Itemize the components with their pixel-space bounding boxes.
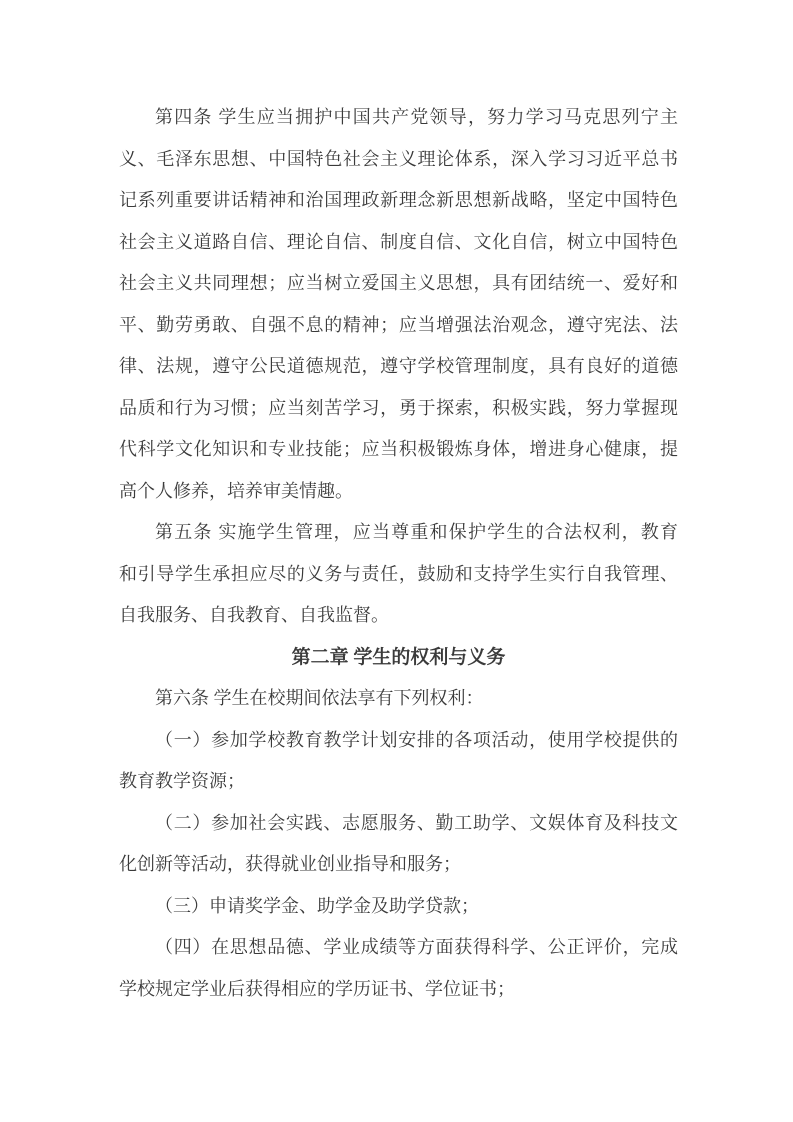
text-line: 品质和行为习惯；应当刻苦学习，勇于探索，积极实践，努力掌握现 [119,388,678,430]
text-line: 第五条 实施学生管理，应当尊重和保护学生的合法权利，教育 [119,512,678,554]
paragraph: 第四条 学生应当拥护中国共产党领导，努力学习马克思列宁主义、毛泽东思想、中国特色… [119,97,678,512]
text-line: 平、勤劳勇敢、自强不息的精神；应当增强法治观念，遵守宪法、法 [119,305,678,347]
paragraph: （一）参加学校教育教学计划安排的各项活动，使用学校提供的教育教学资源； [119,720,678,803]
text-line: 代科学文化知识和专业技能；应当积极锻炼身体，增进身心健康，提 [119,429,678,471]
chapter-heading-text: 第二章 学生的权利与义务 [119,637,678,679]
paragraph: （四）在思想品德、学业成绩等方面获得科学、公正评价，完成学校规定学业后获得相应的… [119,927,678,1010]
text-line: 化创新等活动，获得就业创业指导和服务； [119,844,678,886]
text-line: 记系列重要讲话精神和治国理政新理念新思想新战略，坚定中国特色 [119,180,678,222]
text-line: 第四条 学生应当拥护中国共产党领导，努力学习马克思列宁主 [119,97,678,139]
text-line: 第六条 学生在校期间依法享有下列权利： [119,678,678,720]
chapter-heading: 第二章 学生的权利与义务 [119,637,678,679]
text-line: （三）申请奖学金、助学金及助学贷款； [119,886,678,928]
text-line: （一）参加学校教育教学计划安排的各项活动，使用学校提供的 [119,720,678,762]
text-line: 社会主义共同理想；应当树立爱国主义思想，具有团结统一、爱好和 [119,263,678,305]
text-line: 高个人修养，培养审美情趣。 [119,471,678,513]
text-line: 自我服务、自我教育、自我监督。 [119,595,678,637]
document-content: 第四条 学生应当拥护中国共产党领导，努力学习马克思列宁主义、毛泽东思想、中国特色… [119,97,678,1010]
paragraph: 第六条 学生在校期间依法享有下列权利： [119,678,678,720]
paragraph: 第五条 实施学生管理，应当尊重和保护学生的合法权利，教育和引导学生承担应尽的义务… [119,512,678,637]
text-line: 律、法规，遵守公民道德规范，遵守学校管理制度，具有良好的道德 [119,346,678,388]
paragraph: （三）申请奖学金、助学金及助学贷款； [119,886,678,928]
text-line: （二）参加社会实践、志愿服务、勤工助学、文娱体育及科技文 [119,803,678,845]
paragraph: （二）参加社会实践、志愿服务、勤工助学、文娱体育及科技文化创新等活动，获得就业创… [119,803,678,886]
text-line: （四）在思想品德、学业成绩等方面获得科学、公正评价，完成 [119,927,678,969]
text-line: 义、毛泽东思想、中国特色社会主义理论体系，深入学习习近平总书 [119,139,678,181]
text-line: 社会主义道路自信、理论自信、制度自信、文化自信，树立中国特色 [119,222,678,264]
text-line: 学校规定学业后获得相应的学历证书、学位证书； [119,969,678,1011]
text-line: 和引导学生承担应尽的义务与责任，鼓励和支持学生实行自我管理、 [119,554,678,596]
document-page: 第四条 学生应当拥护中国共产党领导，努力学习马克思列宁主义、毛泽东思想、中国特色… [0,0,793,1122]
text-line: 教育教学资源； [119,761,678,803]
